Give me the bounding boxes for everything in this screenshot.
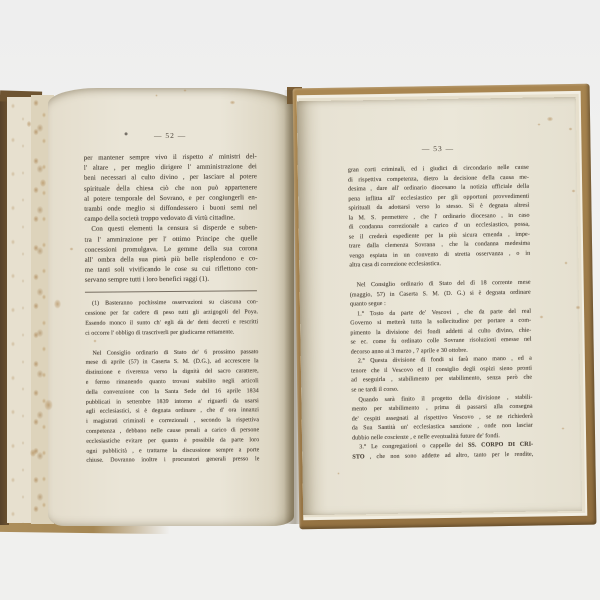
foxing-spot xyxy=(93,339,97,343)
foxing-spot xyxy=(561,427,565,430)
right-page-number: — 53 — xyxy=(347,143,528,155)
foxing-spot xyxy=(229,100,236,105)
foxing-spot xyxy=(183,89,187,92)
text-line: chiuse. Dovranno inoltre i procuratori g… xyxy=(86,456,259,467)
foxing-spot xyxy=(155,94,158,97)
foxing-spot xyxy=(29,448,37,458)
left-page-body: per mantener sempre vivo il rispetto a' … xyxy=(84,152,258,286)
foxing-spot xyxy=(53,298,62,310)
book-photo: — 53 — gran corti criminali, ed i giudic… xyxy=(0,0,600,600)
text-line: servano sempre tutti i loro benefici rag… xyxy=(85,274,258,286)
right-page-body: gran corti criminali, ed i giudici di ci… xyxy=(348,164,534,463)
foxing-spot xyxy=(26,120,32,128)
foxing-spot xyxy=(575,305,581,310)
right-page-text: — 53 — gran corti criminali, ed i giudic… xyxy=(347,143,533,463)
left-page-text: — 52 — per mantener sempre vivo il rispe… xyxy=(84,130,260,467)
footnote-rule xyxy=(85,291,257,294)
foxing-spot xyxy=(571,189,576,193)
left-page-edge-stack xyxy=(7,97,32,523)
printer-mark xyxy=(125,132,128,135)
foxing-spot xyxy=(564,261,568,265)
foxing-spot xyxy=(539,315,544,319)
right-side: — 53 — gran corti criminali, ed i giudic… xyxy=(293,84,597,530)
left-page-number: — 52 — xyxy=(84,130,257,141)
foxing-spot xyxy=(43,398,54,412)
foxing-spot xyxy=(537,123,541,126)
foxing-spot xyxy=(117,183,120,186)
foxing-spot xyxy=(39,178,47,188)
foxing-spot xyxy=(69,247,74,251)
foxing-spot xyxy=(337,472,340,475)
text-line: ci occorre l' obbligo di trascriverli pe… xyxy=(85,328,258,339)
text-line: altra casa di correzione ecclesiastica. xyxy=(349,259,530,271)
foxing-spot xyxy=(546,116,554,122)
left-page-footnote: (1) Basteranno pochissime osservazioni s… xyxy=(85,299,259,467)
foxing-spot xyxy=(568,127,573,131)
